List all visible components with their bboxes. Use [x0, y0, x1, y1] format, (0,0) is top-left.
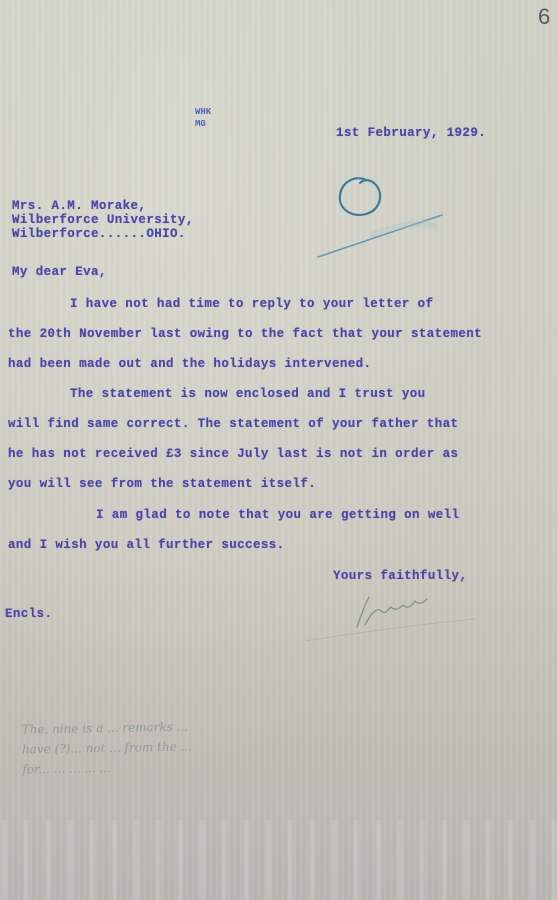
reference-line-1: WHK	[195, 106, 211, 118]
body-line-4: The statement is now enclosed and I trus…	[70, 387, 426, 401]
body-line-2: the 20th November last owing to the fact…	[8, 327, 482, 341]
body-line-5: will find same correct. The statement of…	[8, 417, 458, 431]
letter-date: 1st February, 1929.	[336, 126, 486, 140]
body-line-3: had been made out and the holidays inter…	[8, 357, 371, 371]
paper-edge-streaks	[0, 820, 557, 900]
recipient-name: Mrs. A.M. Morake,	[12, 200, 146, 213]
body-line-1: I have not had time to reply to your let…	[70, 297, 433, 311]
handwritten-signature	[295, 585, 495, 645]
page-number: 6	[538, 4, 550, 30]
body-line-9: and I wish you all further success.	[8, 538, 285, 552]
handwritten-pencil-note: The, nine is a ... remarks ... have (?).…	[21, 717, 192, 780]
body-line-6: he has not received £3 since July last i…	[8, 447, 458, 461]
closing: Yours faithfully,	[333, 569, 467, 583]
reference-line-2: MG	[195, 118, 211, 130]
pencil-stroke-mark	[310, 205, 450, 265]
pencil-note-line-3: for... ... ... ... ...	[22, 757, 192, 780]
enclosure-note: Encls.	[5, 607, 52, 621]
salutation: My dear Eva,	[12, 265, 107, 279]
reference-initials: WHK MG	[195, 106, 211, 130]
recipient-address-line-2: Wilberforce University,	[12, 214, 194, 227]
body-line-7: you will see from the statement itself.	[8, 477, 316, 491]
body-line-8: I am glad to note that you are getting o…	[96, 508, 459, 522]
recipient-address-line-3: Wilberforce......OHIO.	[12, 228, 186, 241]
pencil-note-line-2: have (?)... not ... from the ...	[22, 737, 192, 760]
